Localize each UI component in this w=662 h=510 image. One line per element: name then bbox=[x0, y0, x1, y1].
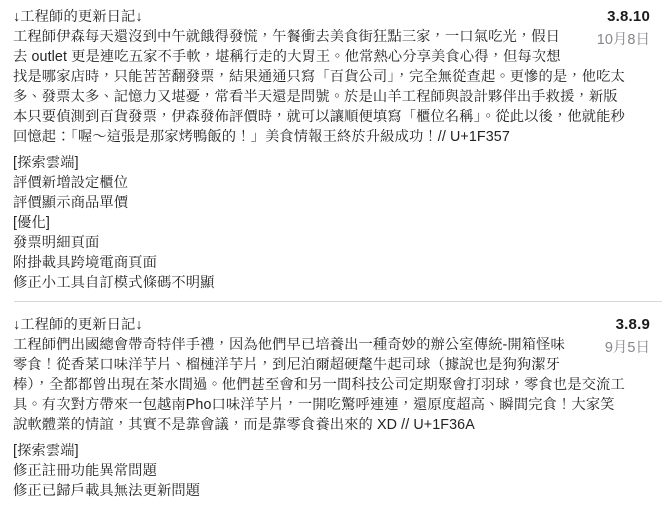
release-notes-body: 工程師伊森每天還沒到中午就餓得發慌，午餐衝去美食街狂點三家，一口氣吃光，假日去 … bbox=[13, 27, 626, 147]
release-entry: 3.8.9 9月5日 ↓工程師的更新日記↓ 工程師們出國總會帶奇特伴手禮，因為他… bbox=[0, 302, 662, 501]
release-notes-body: 工程師們出國總會帶奇特伴手禮，因為他們早已培養出一種奇妙的辦公室傳統-開箱怪味零… bbox=[13, 335, 626, 435]
release-notes-title: ↓工程師的更新日記↓ bbox=[13, 315, 626, 335]
version-label: 3.8.10 bbox=[580, 7, 650, 27]
version-label: 3.8.9 bbox=[580, 315, 650, 335]
release-notes: ↓工程師的更新日記↓ 工程師伊森每天還沒到中午就餓得發慌，午餐衝去美食街狂點三家… bbox=[13, 7, 650, 293]
release-notes-changelist: [探索雲端] 修正註冊功能異常問題 修正已歸戶載具無法更新問題 bbox=[13, 441, 626, 501]
release-date: 9月5日 bbox=[580, 338, 650, 358]
release-meta: 3.8.10 10月8日 bbox=[580, 7, 650, 50]
release-entry: 3.8.10 10月8日 ↓工程師的更新日記↓ 工程師伊森每天還沒到中午就餓得發… bbox=[0, 0, 662, 293]
release-meta: 3.8.9 9月5日 bbox=[580, 315, 650, 358]
release-date: 10月8日 bbox=[580, 30, 650, 50]
release-notes: ↓工程師的更新日記↓ 工程師們出國總會帶奇特伴手禮，因為他們早已培養出一種奇妙的… bbox=[13, 315, 650, 501]
release-notes-title: ↓工程師的更新日記↓ bbox=[13, 7, 626, 27]
version-history-page: 3.8.10 10月8日 ↓工程師的更新日記↓ 工程師伊森每天還沒到中午就餓得發… bbox=[0, 0, 662, 510]
release-notes-changelist: [探索雲端] 評價新增設定櫃位 評價顯示商品單價 [優化] 發票明細頁面 附掛載… bbox=[13, 153, 626, 293]
